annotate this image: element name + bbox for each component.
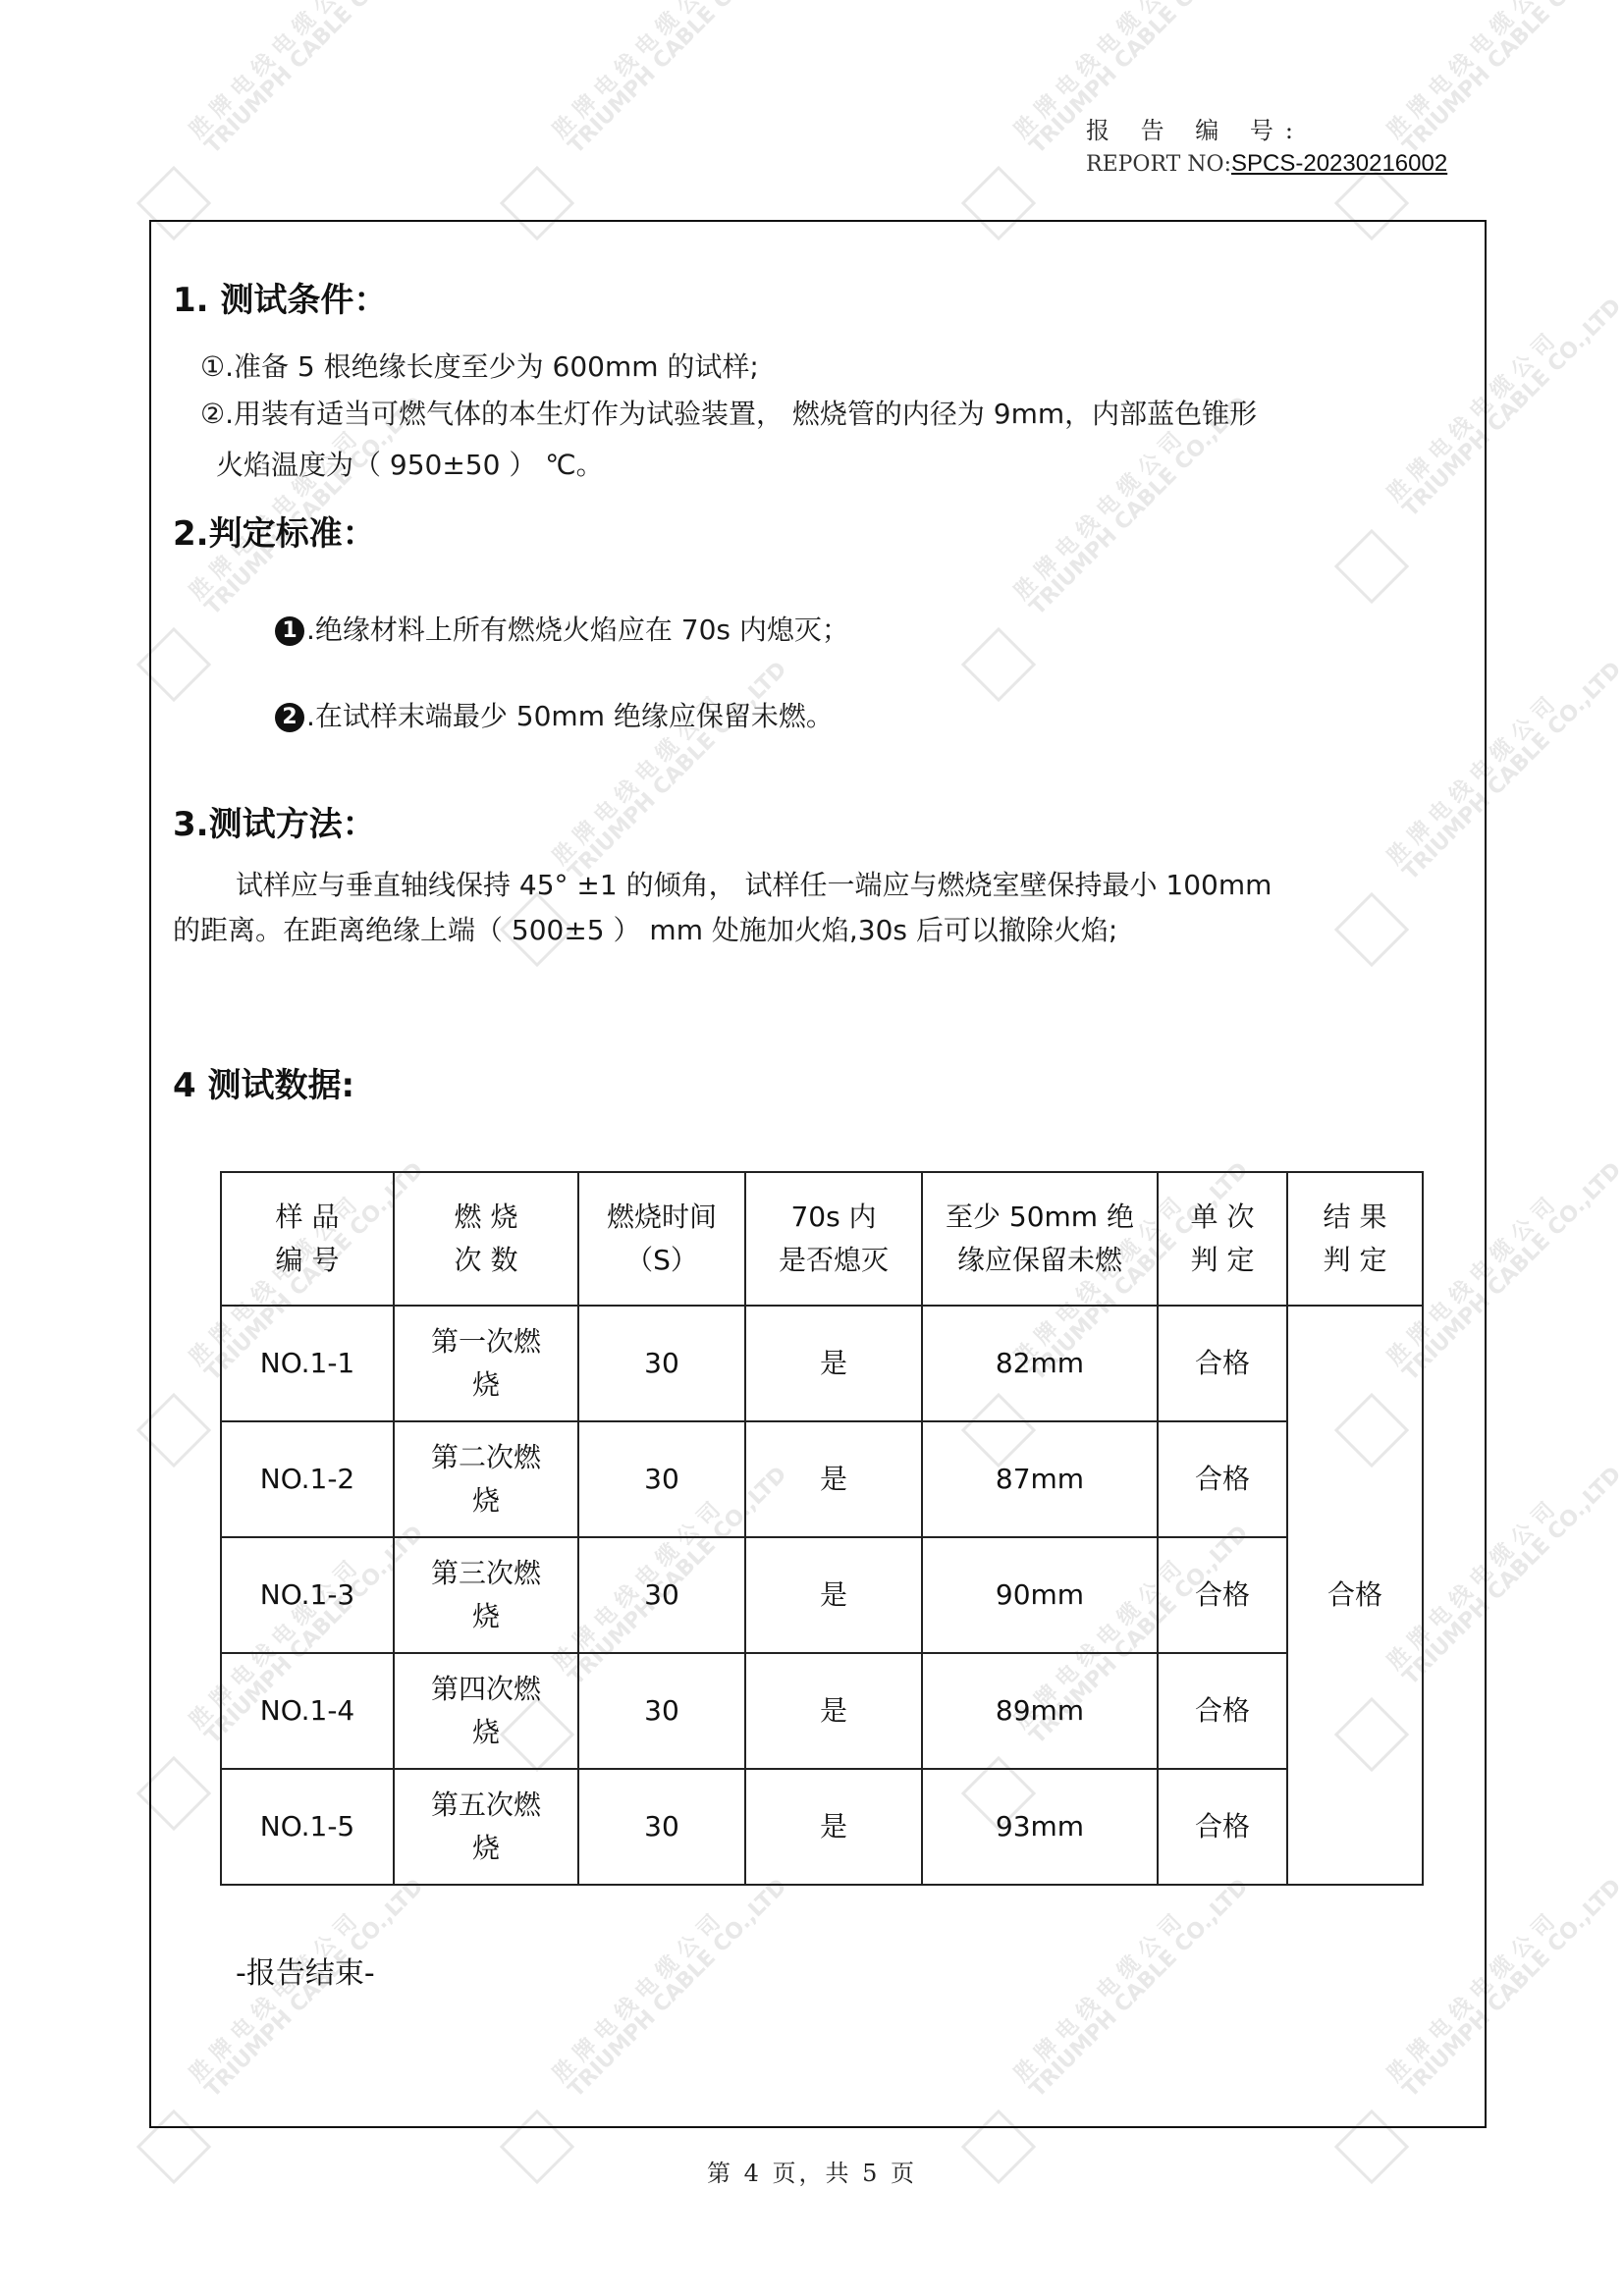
cell-single: 合格 [1158,1421,1287,1537]
cell-single: 合格 [1158,1769,1287,1885]
method-line-2: 的距离。在距离绝缘上端（ 500±5 ） mm 处施加火焰,30s 后可以撤除火… [173,909,1117,952]
cell-extinguished: 是 [745,1653,922,1769]
condition-item-2-cont: 火焰温度为（ 950±50 ） ℃。 [216,444,604,487]
cell-extinguished: 是 [745,1537,922,1653]
cell-extinguished: 是 [745,1306,922,1421]
header-remaining: 至少 50mm 绝缘应保留未燃 [922,1172,1158,1306]
cell-remaining: 89mm [922,1653,1158,1769]
cell-burn: 第五次燃烧 [394,1769,578,1885]
cell-time: 30 [578,1537,745,1653]
watermark-text: 胜 牌 电 线 电 缆 公 司TRIUMPH CABLE CO.,LTD [550,0,791,158]
cell-time: 30 [578,1653,745,1769]
cell-sample: NO.1-2 [221,1421,394,1537]
table-row: NO.1-3 第三次燃烧 30 是 90mm 合格 [221,1537,1423,1653]
condition-item-2: ②.用装有适当可燃气体的本生灯作为试验装置， 燃烧管的内径为 9mm，内部蓝色锥… [200,393,1257,436]
cell-burn: 第三次燃烧 [394,1537,578,1653]
cell-single: 合格 [1158,1306,1287,1421]
number-1-icon: 1 [275,616,304,646]
cell-single: 合格 [1158,1537,1287,1653]
table-header-row: 样 品编 号 燃 烧次 数 燃烧时间（S） 70s 内是否熄灭 至少 50mm … [221,1172,1423,1306]
cell-time: 30 [578,1769,745,1885]
criteria-text-1: .绝缘材料上所有燃烧火焰应在 70s 内熄灭； [306,614,849,646]
report-no-label-cn: 报 告 编 号: [1086,114,1498,147]
method-line-1: 试样应与垂直轴线保持 45° ±1 的倾角， 试样任一端应与燃烧室壁保持最小 1… [236,864,1272,907]
report-header: 报 告 编 号: REPORT NO:SPCS-20230216002 [1086,114,1498,182]
condition-item-1: ①.准备 5 根绝缘长度至少为 600mm 的试样; [200,346,759,389]
table-row: NO.1-4 第四次燃烧 30 是 89mm 合格 [221,1653,1423,1769]
criteria-item-1: 1.绝缘材料上所有燃烧火焰应在 70s 内熄灭； [275,609,849,652]
cell-extinguished: 是 [745,1421,922,1537]
section-title-conditions: 1. 测试条件： [173,273,387,321]
cell-remaining: 82mm [922,1306,1158,1421]
number-2-icon: 2 [275,703,304,732]
cell-time: 30 [578,1421,745,1537]
table-row: NO.1-2 第二次燃烧 30 是 87mm 合格 [221,1421,1423,1537]
cell-remaining: 87mm [922,1421,1158,1537]
cell-final-result: 合格 [1287,1306,1423,1885]
header-burn-count: 燃 烧次 数 [394,1172,578,1306]
cell-sample: NO.1-5 [221,1769,394,1885]
header-extinguished: 70s 内是否熄灭 [745,1172,922,1306]
criteria-text-2: .在试样末端最少 50mm 绝缘应保留未燃。 [306,700,834,732]
watermark-text: 胜 牌 电 线 电 缆 公 司TRIUMPH CABLE CO.,LTD [187,0,428,158]
table-row: NO.1-5 第五次燃烧 30 是 93mm 合格 [221,1769,1423,1885]
cell-sample: NO.1-1 [221,1306,394,1421]
page-footer: 第 4 页，共 5 页 [0,2154,1624,2188]
criteria-item-2: 2.在试样末端最少 50mm 绝缘应保留未燃。 [275,695,834,738]
cell-burn: 第二次燃烧 [394,1421,578,1537]
report-no-label-en: REPORT NO: [1086,152,1231,177]
cell-extinguished: 是 [745,1769,922,1885]
section-title-criteria: 2.判定标准： [173,507,376,555]
cell-single: 合格 [1158,1653,1287,1769]
header-single-judgement: 单 次判 定 [1158,1172,1287,1306]
header-burn-time: 燃烧时间（S） [578,1172,745,1306]
section-title-method: 3.测试方法： [173,797,376,845]
cell-sample: NO.1-4 [221,1653,394,1769]
cell-time: 30 [578,1306,745,1421]
table-row: NO.1-1 第一次燃烧 30 是 82mm 合格 合格 [221,1306,1423,1421]
cell-burn: 第四次燃烧 [394,1653,578,1769]
cell-remaining: 90mm [922,1537,1158,1653]
report-end-text: -报告结束- [236,1949,375,1992]
test-data-table: 样 品编 号 燃 烧次 数 燃烧时间（S） 70s 内是否熄灭 至少 50mm … [220,1171,1424,1886]
cell-sample: NO.1-3 [221,1537,394,1653]
section-title-data: 4 测试数据: [173,1058,354,1106]
cell-burn: 第一次燃烧 [394,1306,578,1421]
report-no-line: REPORT NO:SPCS-20230216002 [1086,147,1498,182]
header-final-judgement: 结 果判 定 [1287,1172,1423,1306]
cell-remaining: 93mm [922,1769,1158,1885]
report-no-value: SPCS-20230216002 [1231,150,1447,177]
header-sample-no: 样 品编 号 [221,1172,394,1306]
